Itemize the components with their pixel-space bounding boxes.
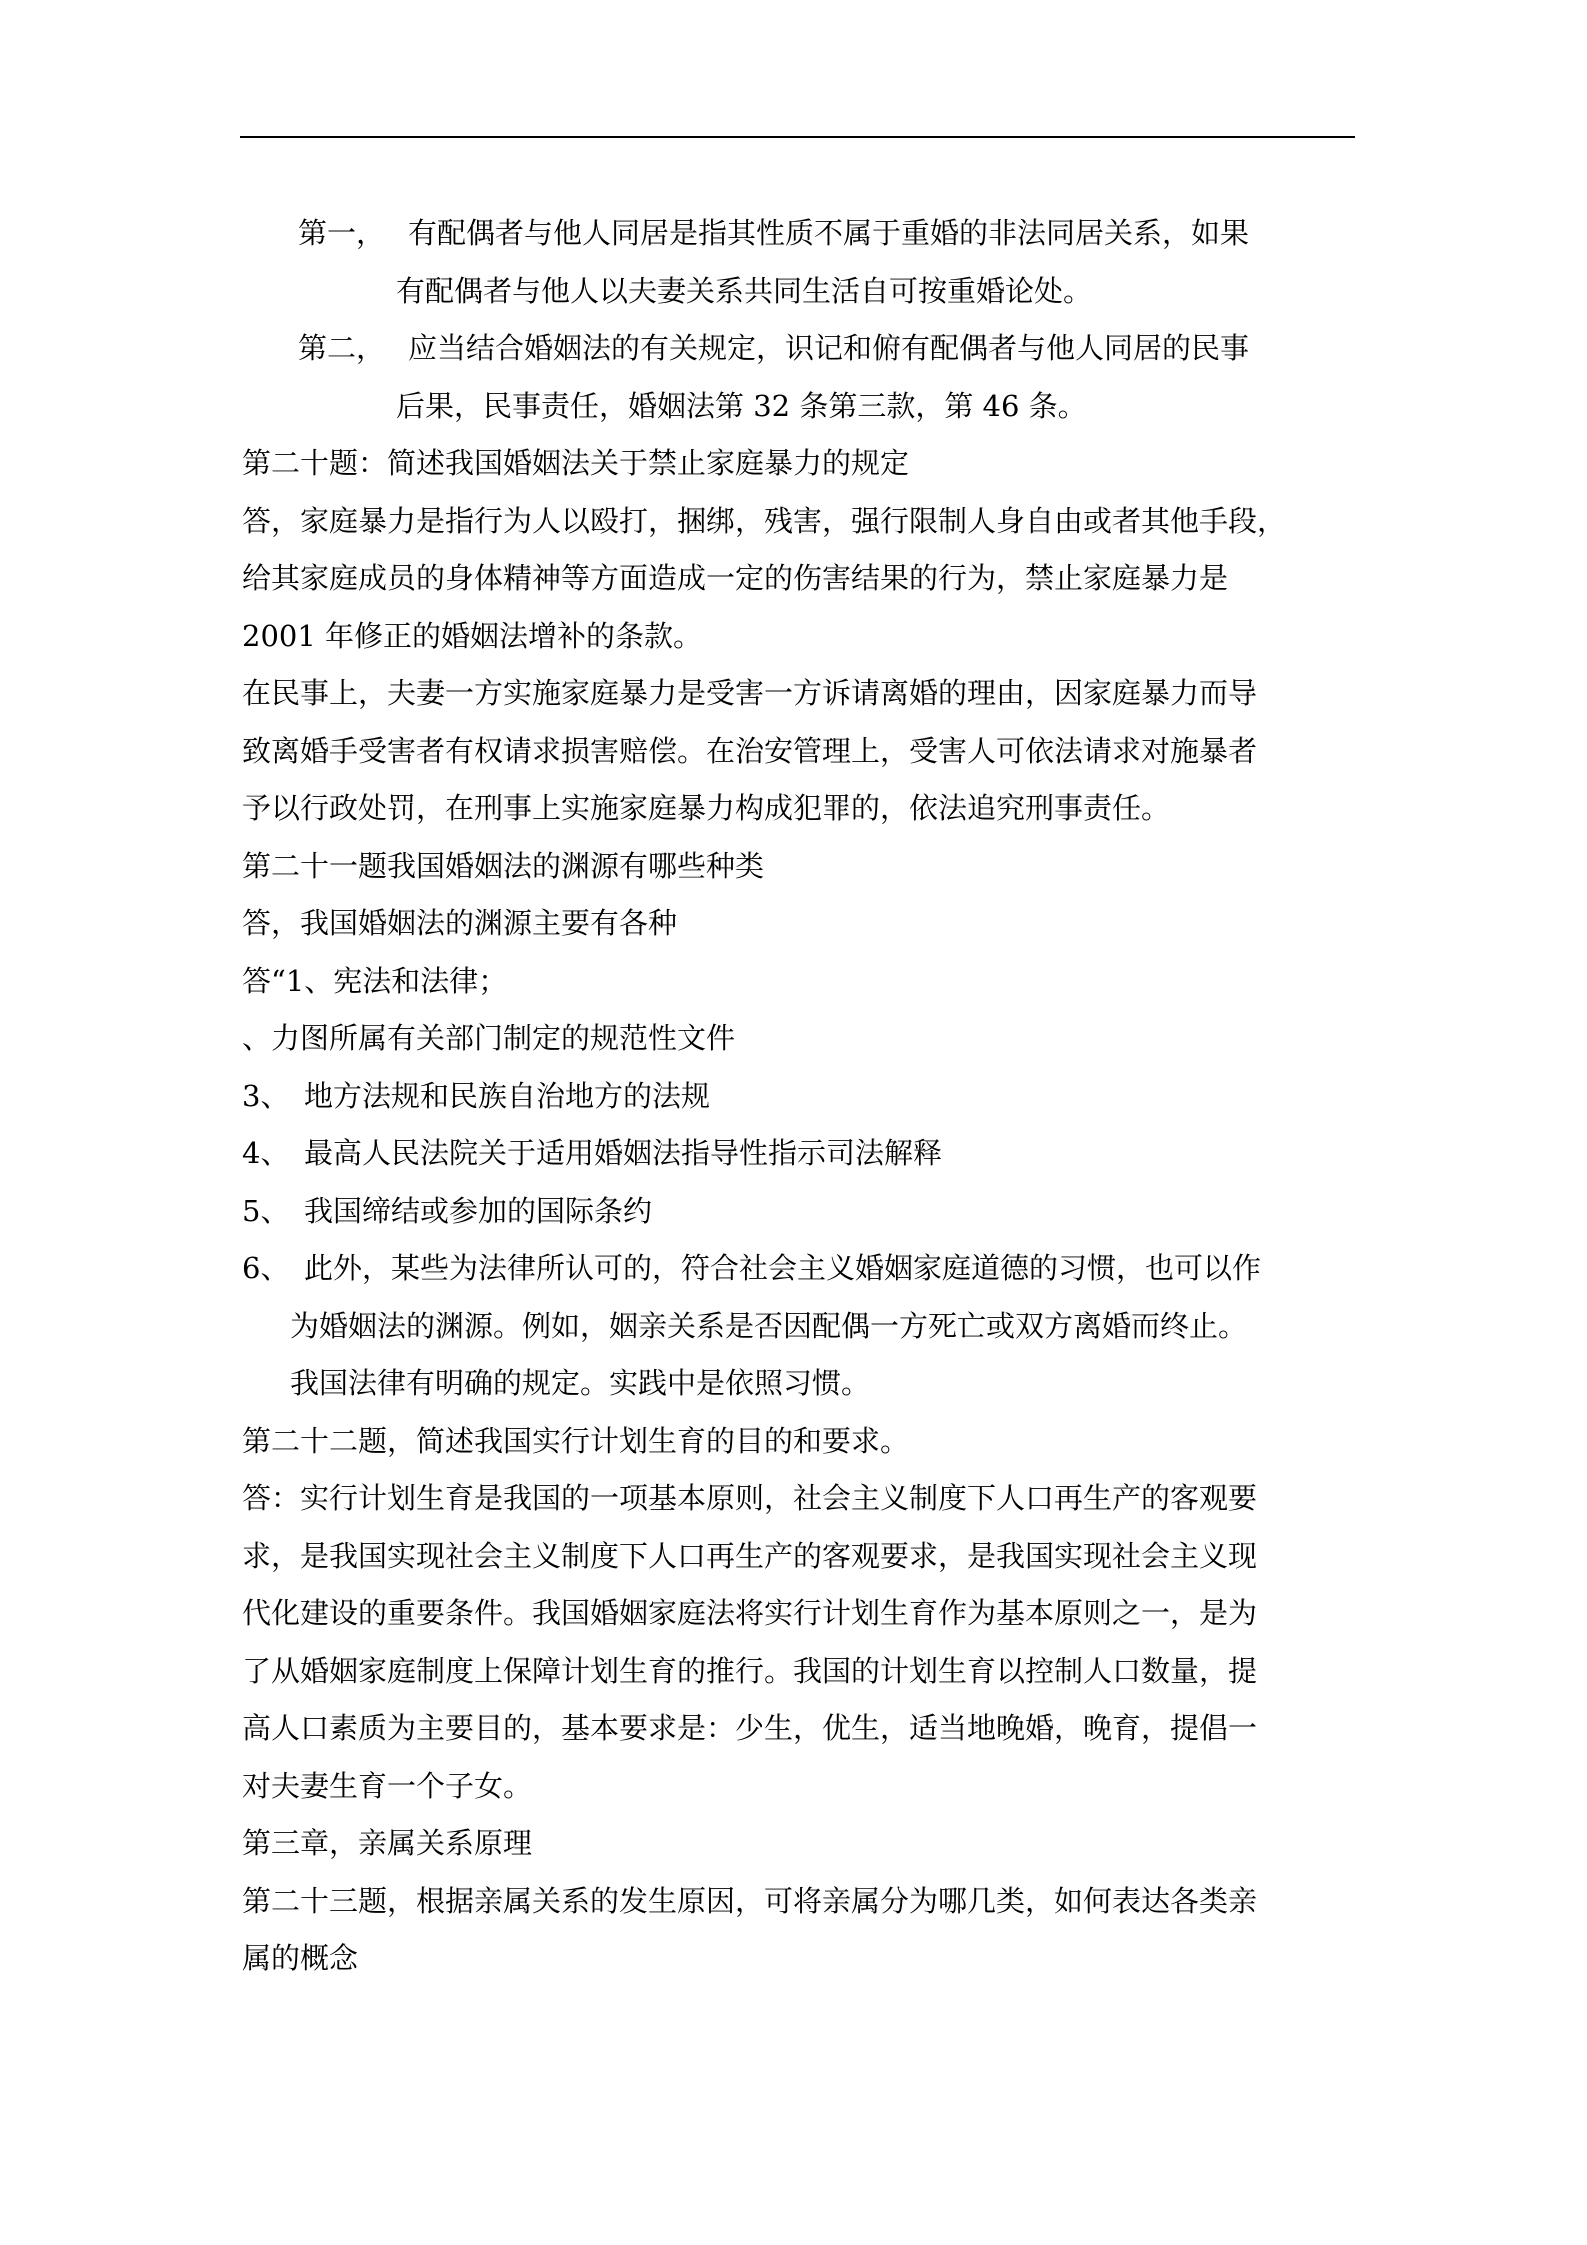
q22-answer-line: 答：实行计划生育是我国的一项基本原则，社会主义制度下人口再生产的客观要 — [242, 1470, 1362, 1528]
q20-answer-line: 答，家庭暴力是指行为人以殴打，捆绑，残害，强行限制人身自由或者其他手段， — [242, 493, 1362, 551]
item-second-continuation: 后果，民事责任，婚姻法第 32 条第三款，第 46 条。 — [242, 378, 1362, 436]
list-number: 6、 — [242, 1240, 304, 1298]
q22-answer-line: 高人口素质为主要目的，基本要求是：少生，优生，适当地晚婚，晚育，提倡一 — [242, 1700, 1362, 1758]
q21-list-item-3: 3、地方法规和民族自治地方的法规 — [242, 1068, 1362, 1126]
q21-item-6-continuation: 我国法律有明确的规定。实践中是依照习惯。 — [242, 1355, 1362, 1413]
item-first-continuation: 有配偶者与他人以夫妻关系共同生活自可按重婚论处。 — [242, 263, 1362, 321]
question-23-title: 第二十三题，根据亲属关系的发生原因，可将亲属分为哪几类，如何表达各类亲 — [242, 1873, 1362, 1931]
list-text: 地方法规和民族自治地方的法规 — [304, 1079, 710, 1113]
q22-answer-line: 对夫妻生育一个子女。 — [242, 1758, 1362, 1816]
question-22-title: 第二十二题，简述我国实行计划生育的目的和要求。 — [242, 1413, 1362, 1471]
item-label: 第二， — [298, 320, 408, 378]
item-label: 第一， — [298, 205, 408, 263]
list-number: 4、 — [242, 1125, 304, 1183]
q22-answer-line: 代化建设的重要条件。我国婚姻家庭法将实行计划生育作为基本原则之一，是为 — [242, 1585, 1362, 1643]
q21-list-item-1: 答“1、宪法和法律； — [242, 953, 1362, 1011]
list-text: 此外，某些为法律所认可的，符合社会主义婚姻家庭道德的习惯，也可以作 — [304, 1251, 1261, 1285]
list-text: 我国缔结或参加的国际条约 — [304, 1194, 652, 1228]
q21-list-item-2: 、力图所属有关部门制定的规范性文件 — [242, 1010, 1362, 1068]
document-body: 第一，有配偶者与他人同居是指其性质不属于重婚的非法同居关系，如果 有配偶者与他人… — [242, 205, 1362, 1988]
header-rule — [240, 136, 1355, 138]
q20-answer-line: 致离婚手受害者有权请求损害赔偿。在治安管理上，受害人可依法请求对施暴者 — [242, 723, 1362, 781]
q20-answer-line: 予以行政处罚，在刑事上实施家庭暴力构成犯罪的，依法追究刑事责任。 — [242, 780, 1362, 838]
q20-answer-line: 2001 年修正的婚姻法增补的条款。 — [242, 608, 1362, 666]
q22-answer-line: 求，是我国实现社会主义制度下人口再生产的客观要求，是我国实现社会主义现 — [242, 1528, 1362, 1586]
q21-list-item-5: 5、我国缔结或参加的国际条约 — [242, 1183, 1362, 1241]
item-text: 应当结合婚姻法的有关规定，识记和俯有配偶者与他人同居的民事 — [408, 331, 1249, 365]
q21-item-6-continuation: 为婚姻法的渊源。例如，姻亲关系是否因配偶一方死亡或双方离婚而终止。 — [242, 1298, 1362, 1356]
list-text: 最高人民法院关于适用婚姻法指导性指示司法解释 — [304, 1136, 942, 1170]
question-23-title-continuation: 属的概念 — [242, 1930, 1362, 1988]
q21-list-item-6: 6、此外，某些为法律所认可的，符合社会主义婚姻家庭道德的习惯，也可以作 — [242, 1240, 1362, 1298]
q20-answer-line: 在民事上，夫妻一方实施家庭暴力是受害一方诉请离婚的理由，因家庭暴力而导 — [242, 665, 1362, 723]
list-number: 5、 — [242, 1183, 304, 1241]
item-text: 有配偶者与他人同居是指其性质不属于重婚的非法同居关系，如果 — [408, 216, 1249, 250]
question-20-title: 第二十题：简述我国婚姻法关于禁止家庭暴力的规定 — [242, 435, 1362, 493]
item-second: 第二，应当结合婚姻法的有关规定，识记和俯有配偶者与他人同居的民事 — [242, 320, 1362, 378]
q21-list-item-4: 4、最高人民法院关于适用婚姻法指导性指示司法解释 — [242, 1125, 1362, 1183]
list-number: 3、 — [242, 1068, 304, 1126]
q22-answer-line: 了从婚姻家庭制度上保障计划生育的推行。我国的计划生育以控制人口数量，提 — [242, 1643, 1362, 1701]
chapter-3-heading: 第三章，亲属关系原理 — [242, 1815, 1362, 1873]
q21-answer-intro: 答，我国婚姻法的渊源主要有各种 — [242, 895, 1362, 953]
q20-answer-line: 给其家庭成员的身体精神等方面造成一定的伤害结果的行为，禁止家庭暴力是 — [242, 550, 1362, 608]
item-first: 第一，有配偶者与他人同居是指其性质不属于重婚的非法同居关系，如果 — [242, 205, 1362, 263]
question-21-title: 第二十一题我国婚姻法的渊源有哪些种类 — [242, 838, 1362, 896]
